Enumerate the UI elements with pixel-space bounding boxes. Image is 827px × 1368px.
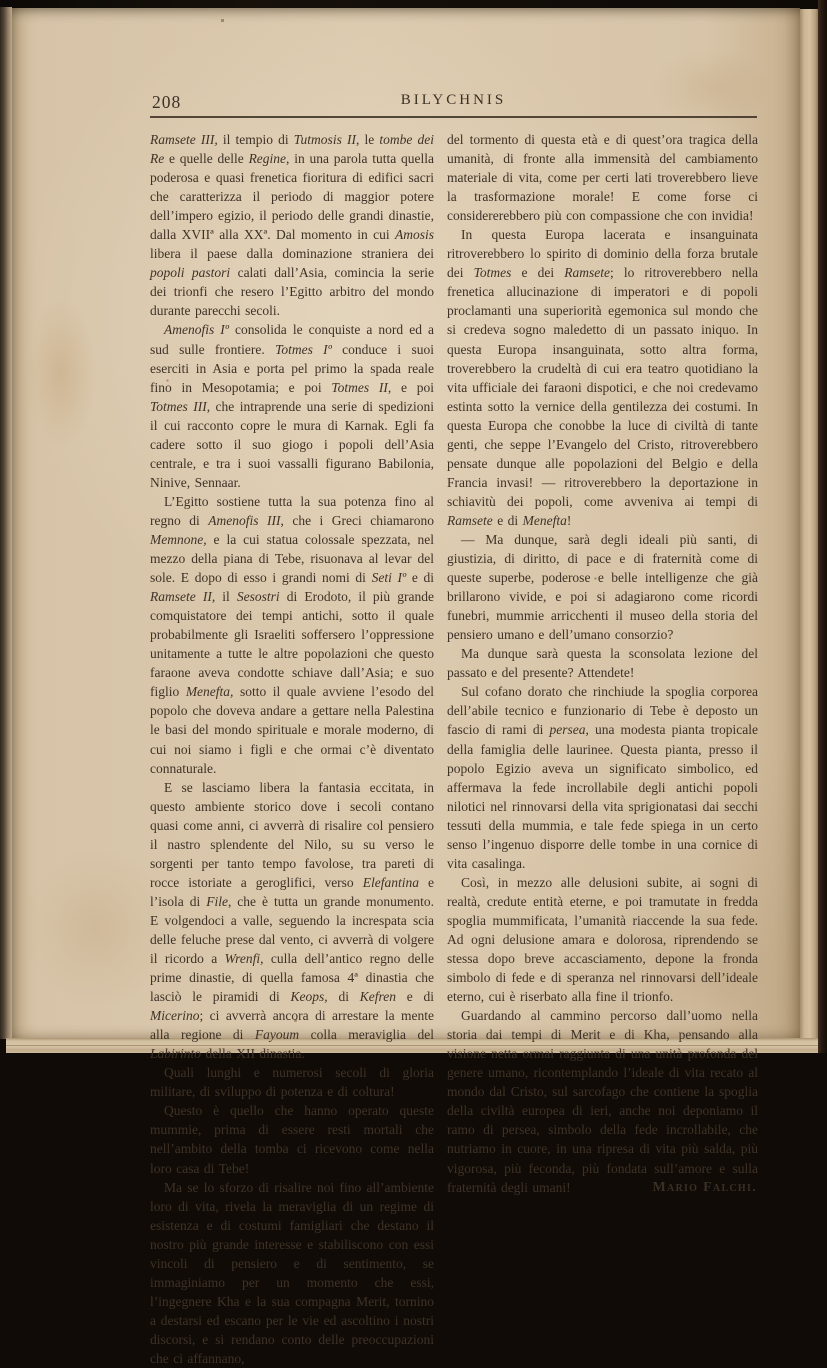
paragraph: del tormento di questa età e di quest’or… [447, 130, 758, 225]
paragraph: Sul cofano dorato che rinchiude la spogl… [447, 682, 758, 872]
page-header: 208 BILYCHNIS [150, 92, 757, 118]
book-left-edge [0, 7, 12, 1039]
article-body: Ramsete III, il tempio di Tutmosis II, l… [150, 130, 758, 1053]
book-fore-edge-pages [800, 9, 818, 1044]
paper-stain [26, 298, 96, 448]
text-column-left: Ramsete III, il tempio di Tutmosis II, l… [150, 130, 434, 1053]
paragraph: Ma dunque sarà questa la sconsolata lezi… [447, 644, 758, 682]
paper-speckles [12, 8, 13, 9]
page-number: 208 [152, 92, 181, 113]
book-page: 208 BILYCHNIS Ramsete III, il tempio di … [12, 8, 800, 1038]
book-right-edge [818, 0, 827, 1053]
paragraph: Amenofis Iº consolida le conquiste a nor… [150, 320, 434, 491]
text-column-right-paragraphs: del tormento di questa età e di quest’or… [447, 130, 758, 1053]
paragraph: L’Egitto sostiene tutta la sua potenza f… [150, 492, 434, 778]
paragraph: Così, in mezzo alle delusioni subite, ai… [447, 873, 758, 1006]
paragraph: In questa Europa lacerata e insanguinata… [447, 225, 758, 530]
text-column-right: del tormento di questa età e di quest’or… [447, 130, 758, 1053]
paragraph: Guardando al cammino percorso dall’uomo … [447, 1006, 758, 1053]
header-rule [150, 116, 757, 118]
paragraph: — Ma dunque, sarà degli ideali più santi… [447, 530, 758, 644]
journal-title: BILYCHNIS [150, 92, 757, 109]
paragraph: Ramsete III, il tempio di Tutmosis II, l… [150, 130, 434, 320]
paragraph: E se lasciamo libera la fantasia eccitat… [150, 778, 434, 1053]
scanned-book-page: 208 BILYCHNIS Ramsete III, il tempio di … [0, 0, 827, 1053]
